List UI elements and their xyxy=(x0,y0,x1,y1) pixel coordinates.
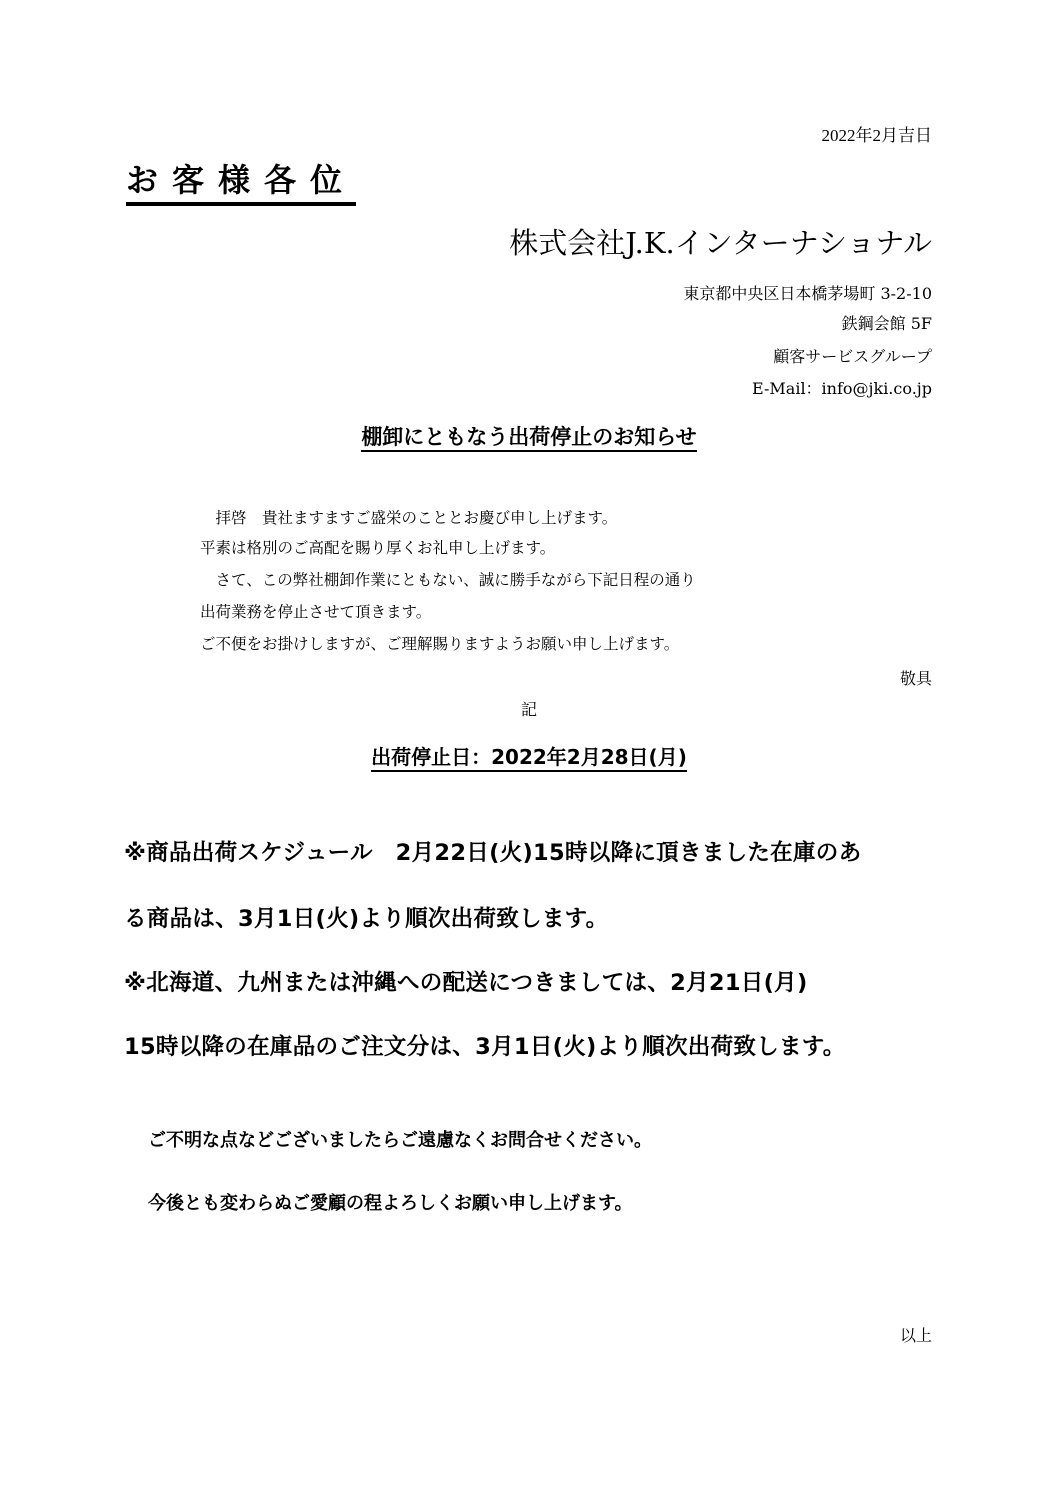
body-line: 平素は格別のご高配を賜り厚くお礼申し上げます。 xyxy=(200,537,555,559)
shipping-stop-date: 出荷停止日：2022年2月28日(月) xyxy=(0,742,1058,772)
document-date: 2022年2月吉日 xyxy=(822,121,933,146)
closing-line: ご不明な点などございましたらご遠慮なくお問合せください。 xyxy=(148,1127,652,1155)
document-title: 棚卸にともなう出荷停止のお知らせ xyxy=(0,422,1058,452)
ki-marker: 記 xyxy=(0,697,1058,720)
body-line: さて、この弊社棚卸作業にともない、誠に勝手ながら下記日程の通り xyxy=(200,569,696,591)
shipping-stop-date-text: 出荷停止日：2022年2月28日(月) xyxy=(371,745,687,772)
closing-line: 今後とも変わらぬご愛顧の程よろしくお願い申し上げます。 xyxy=(148,1190,633,1218)
company-email: E-Mail：info@jki.co.jp xyxy=(752,378,932,400)
addressee: お客様各位 xyxy=(126,160,356,206)
company-address: 東京都中央区日本橋茅場町 3-2-10 xyxy=(683,283,932,305)
company-department: 顧客サービスグループ xyxy=(773,346,932,368)
body-line: 出荷業務を停止させて頂きます。 xyxy=(200,601,431,623)
ijou: 以上 xyxy=(900,1323,932,1346)
notice-line: ※商品出荷スケジュール 2月22日(火)15時以降に頂きました在庫のあ xyxy=(124,836,861,870)
body-line: ご不便をお掛けしますが、ご理解賜りますようお願い申し上げます。 xyxy=(200,633,679,655)
notice-line: ※北海道、九州または沖縄への配送につきましては、2月21日(月) xyxy=(124,966,808,1000)
notice-line: 15時以降の在庫品のご注文分は、3月1日(火)より順次出荷致します。 xyxy=(124,1030,846,1064)
keigu: 敬具 xyxy=(900,666,932,689)
company-building: 鉄鋼会館 5F xyxy=(842,313,932,335)
notice-line: る商品は、3月1日(火)より順次出荷致します。 xyxy=(124,902,608,936)
document-title-text: 棚卸にともなう出荷停止のお知らせ xyxy=(361,425,696,452)
body-line: 拝啓 貴社ますますご盛栄のこととお慶び申し上げます。 xyxy=(200,507,617,529)
company-name: 株式会社J.K.インターナショナル xyxy=(509,223,932,263)
